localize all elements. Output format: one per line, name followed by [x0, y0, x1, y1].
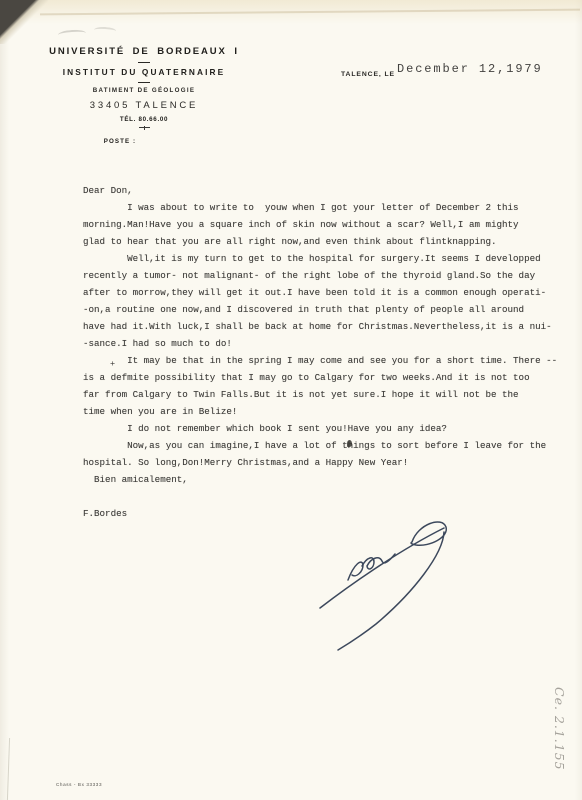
pencil-smudge [94, 26, 116, 34]
building-name: BATIMENT DE GÉOLOGIE [38, 87, 250, 94]
typed-correction-mark: + [110, 359, 115, 369]
pencil-smudge [58, 29, 86, 39]
dateline-typed-date: December 12,1979 [397, 62, 543, 76]
overstrike-ink-blob [347, 440, 352, 447]
letter-page: UNIVERSITÉ DE BORDEAUX I INSTITUT DU QUA… [0, 0, 582, 800]
separator-tick [139, 127, 150, 128]
paper-edge-crease [7, 738, 10, 800]
address-city: 33405 TALENCE [38, 100, 250, 111]
university-name: UNIVERSITÉ DE BORDEAUX I [38, 46, 250, 57]
separator-dash [138, 62, 150, 63]
archive-code-annotation: Ce. 2.1.155 [552, 687, 567, 771]
institute-name: INSTITUT DU QUATERNAIRE [38, 67, 250, 77]
separator-dash [138, 82, 150, 83]
dateline-printed-place: TALENCE, LE [341, 71, 395, 78]
phone-number: TÉL. 80.66.00 [38, 116, 250, 123]
printer-imprint: Chass - Bx 33333 [56, 782, 102, 787]
letterhead: UNIVERSITÉ DE BORDEAUX I INSTITUT DU QUA… [38, 46, 250, 145]
paper-top-edge [40, 9, 580, 15]
letter-body-text: Dear Don, I was about to write to youw w… [83, 182, 557, 522]
handwritten-signature [296, 514, 464, 652]
scan-corner-shadow [0, 0, 48, 44]
poste-line: POSTE : [14, 138, 226, 145]
